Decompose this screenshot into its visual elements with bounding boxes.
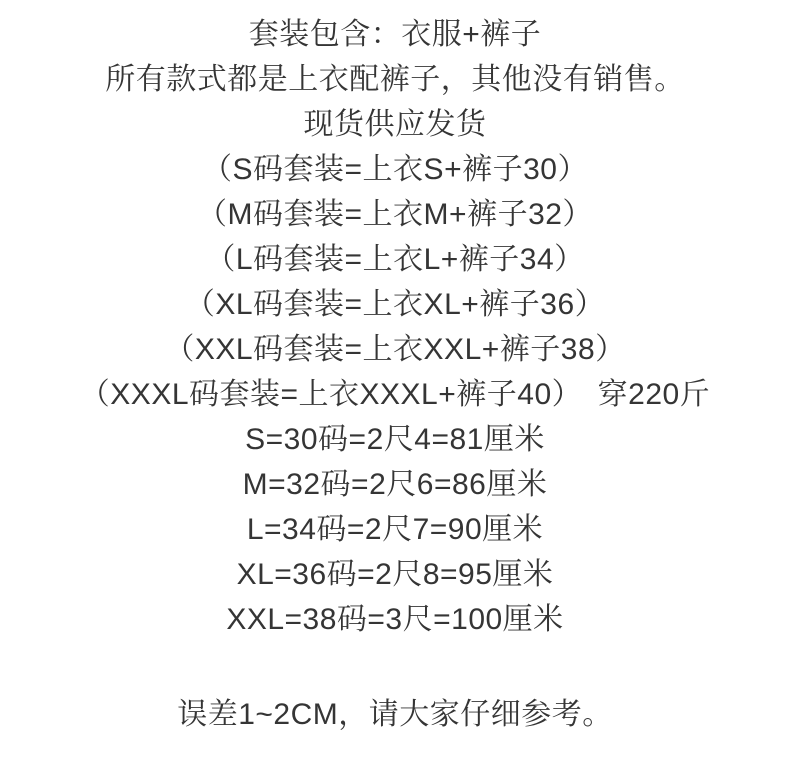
set-line-xxl: （XXL码套装=上衣XXL+裤子38） [0,327,790,372]
waist-size-line-xl: XL=36码=2尺8=95厘米 [0,552,790,597]
stock-status-line: 现货供应发货 [0,102,790,147]
waist-size-line-m: M=32码=2尺6=86厘米 [0,462,790,507]
waist-size-line-l: L=34码=2尺7=90厘米 [0,507,790,552]
tolerance-note: 误差1~2CM，请大家仔细参考。 [0,692,790,737]
set-line-m: （M码套装=上衣M+裤子32） [0,192,790,237]
product-size-description: 套装包含：衣服+裤子 所有款式都是上衣配裤子，其他没有销售。 现货供应发货 （S… [0,0,790,758]
waist-size-line-s: S=30码=2尺4=81厘米 [0,417,790,462]
sales-policy-line: 所有款式都是上衣配裤子，其他没有销售。 [0,57,790,102]
set-line-xl: （XL码套装=上衣XL+裤子36） [0,282,790,327]
waist-size-line-xxl: XXL=38码=3尺=100厘米 [0,597,790,642]
set-line-s: （S码套装=上衣S+裤子30） [0,147,790,192]
set-line-l: （L码套装=上衣L+裤子34） [0,237,790,282]
set-contents-title: 套装包含：衣服+裤子 [0,12,790,57]
set-line-xxxl: （XXXL码套装=上衣XXXL+裤子40） 穿220斤 [0,372,790,417]
